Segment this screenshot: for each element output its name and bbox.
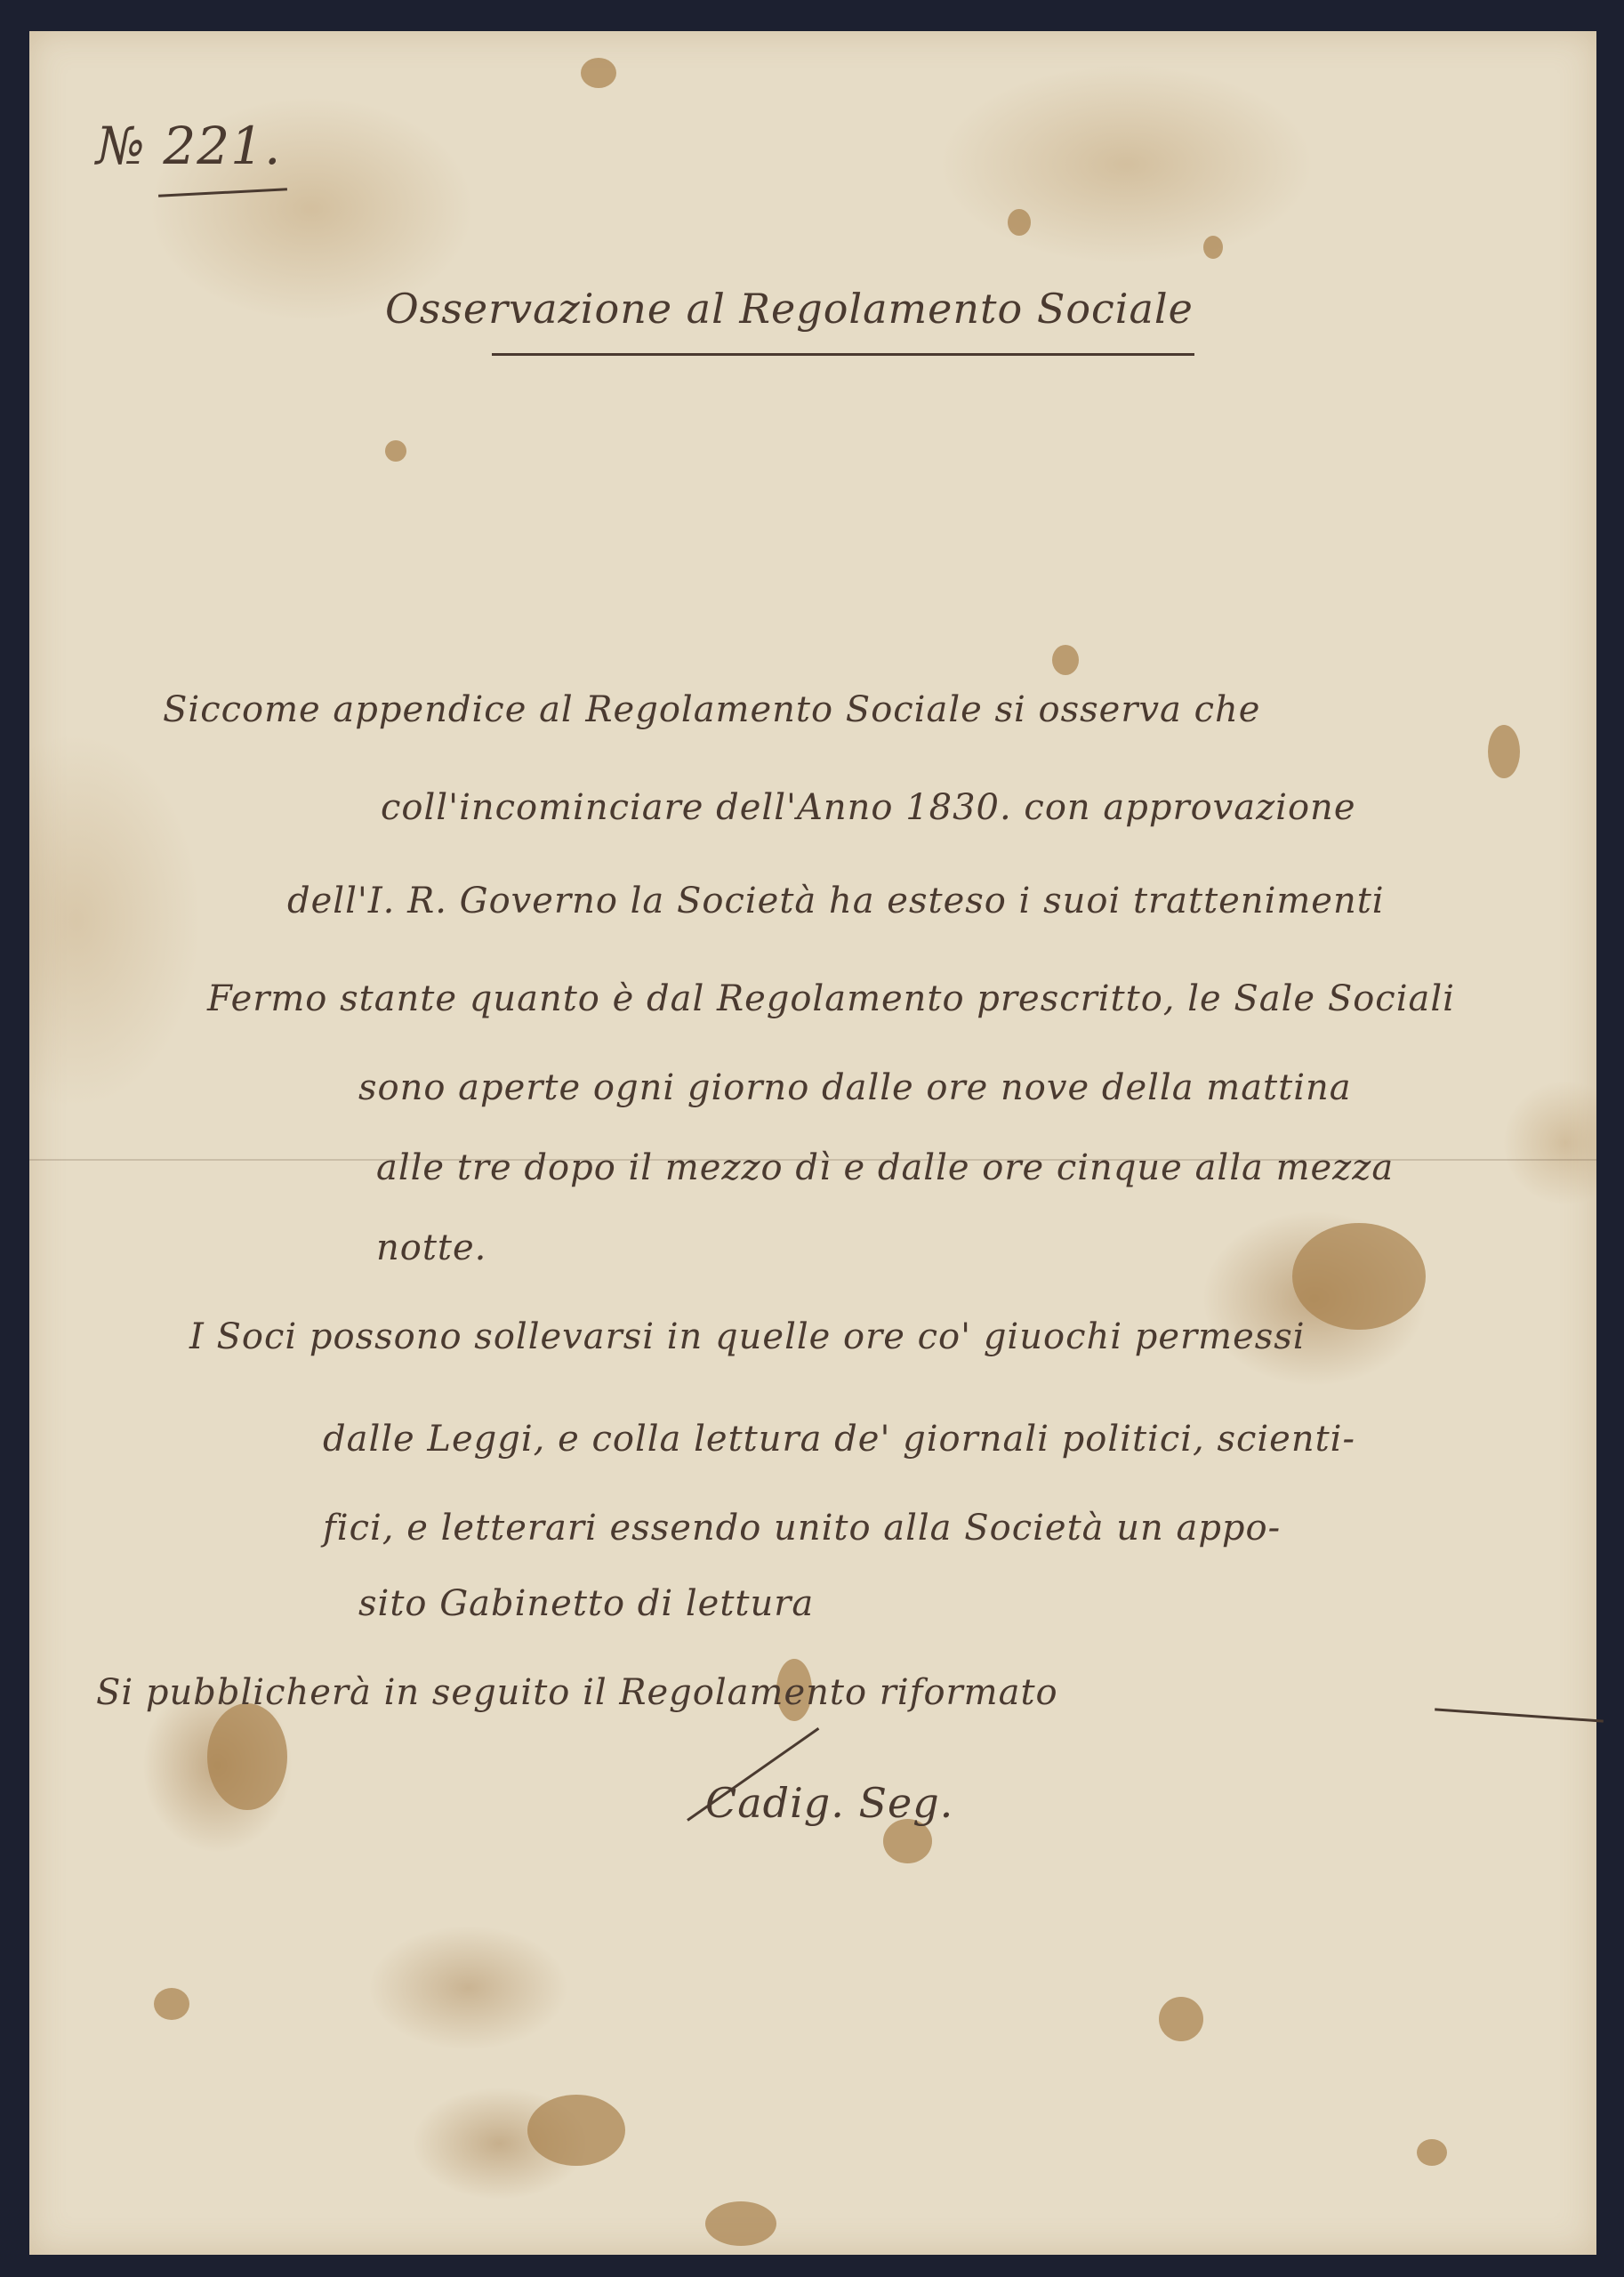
closing-dash bbox=[1435, 1708, 1604, 1722]
document-title: Osservazione al Regolamento Sociale bbox=[385, 285, 1194, 333]
stain bbox=[1417, 2139, 1447, 2166]
reference-underline bbox=[158, 188, 287, 197]
stain bbox=[1008, 209, 1031, 236]
stain bbox=[385, 440, 406, 462]
body-line: sono aperte ogni giorno dalle ore nove d… bbox=[358, 1067, 1352, 1108]
stain bbox=[705, 2201, 776, 2246]
stain bbox=[1488, 725, 1520, 778]
title-underline bbox=[492, 353, 1194, 356]
stain bbox=[527, 2095, 625, 2166]
manuscript-page: № 221. Osservazione al Regolamento Socia… bbox=[29, 31, 1596, 2255]
stain bbox=[1203, 236, 1223, 259]
body-line: Siccome appendice al Regolamento Sociale… bbox=[163, 689, 1260, 730]
body-line: dell'I. R. Governo la Società ha esteso … bbox=[287, 881, 1385, 921]
stain bbox=[1292, 1223, 1426, 1330]
body-line: Fermo stante quanto è dal Regolamento pr… bbox=[207, 978, 1455, 1019]
body-line: sito Gabinetto di lettura bbox=[358, 1583, 814, 1624]
stain bbox=[1052, 645, 1079, 675]
body-line: Si pubblicherà in seguito il Regolamento… bbox=[96, 1672, 1058, 1713]
reference-number: № 221. bbox=[96, 116, 281, 176]
body-line: notte. bbox=[376, 1227, 486, 1268]
signature: Cadig. Seg. bbox=[705, 1779, 953, 1827]
stain bbox=[581, 58, 616, 88]
body-line: I Soci possono sollevarsi in quelle ore … bbox=[189, 1316, 1306, 1357]
body-line: alle tre dopo il mezzo dì e dalle ore ci… bbox=[376, 1147, 1394, 1188]
body-line: fici, e letterari essendo unito alla Soc… bbox=[323, 1508, 1281, 1549]
stain bbox=[207, 1703, 287, 1810]
stain bbox=[154, 1988, 189, 2020]
body-line: dalle Leggi, e colla lettura de' giornal… bbox=[323, 1419, 1355, 1460]
body-line: coll'incominciare dell'Anno 1830. con ap… bbox=[381, 787, 1355, 828]
stain bbox=[1159, 1997, 1203, 2041]
